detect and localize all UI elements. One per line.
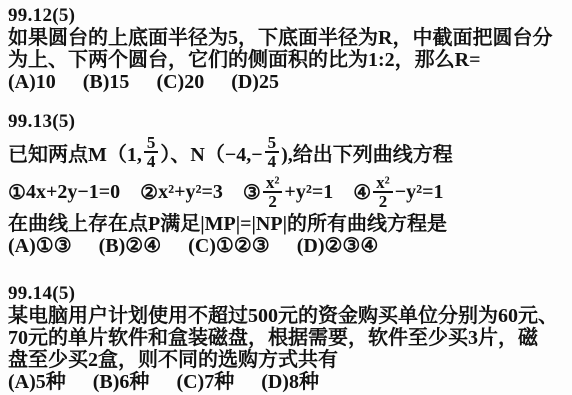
problem-text-line: 某电脑用户计划使用不超过500元的资金购买单位分别为60元、: [8, 305, 570, 327]
condition-line: 在曲线上存在点P满足|MP|=|NP|的所有曲线方程是: [8, 213, 570, 235]
circled-number: ③: [243, 180, 261, 205]
fraction: x² 2: [373, 174, 393, 211]
fraction: x² 2: [263, 174, 283, 211]
problem-number: 99.12(5): [8, 5, 570, 27]
option-d: (D)②③④: [297, 235, 379, 257]
option-b: (B)6种: [93, 371, 150, 393]
problem-99-14: 99.14(5) 某电脑用户计划使用不超过500元的资金购买单位分别为60元、 …: [8, 283, 570, 393]
text-segment: ）、N（−4,−: [160, 138, 262, 167]
fraction-numerator: x²: [373, 174, 393, 191]
problem-99-13: 99.13(5) 已知两点M（1, 5 4 ）、N（−4,− 5 4 ),给出下…: [8, 111, 570, 257]
option-b: (B)15: [83, 71, 130, 93]
fraction-numerator: 5: [265, 134, 280, 151]
circled-number: ④: [353, 180, 371, 205]
spacer: [8, 93, 570, 111]
equation-body: 4x+2y−1=0: [26, 181, 120, 204]
problem-text-line: 盘至少买2盒，则不同的选购方式共有: [8, 349, 570, 371]
scanned-exam-page: 99.12(5) 如果圆台的上底面半径为5，下底面半径为R，中截面把圆台分 为上…: [0, 0, 572, 393]
fraction: 5 4: [144, 134, 159, 171]
answer-options: (A)10 (B)15 (C)20 (D)25: [8, 71, 570, 93]
equation-body: −y²=1: [395, 181, 444, 204]
option-a: (A)5种: [8, 371, 66, 393]
spacer: [8, 257, 570, 283]
text-segment: ),给出下列曲线方程: [281, 138, 453, 167]
option-c: (C)7种: [176, 371, 234, 393]
option-a: (A)①③: [8, 235, 72, 257]
problem-99-12: 99.12(5) 如果圆台的上底面半径为5，下底面半径为R，中截面把圆台分 为上…: [8, 5, 570, 93]
option-d: (D)25: [231, 71, 279, 93]
option-d: (D)8种: [261, 371, 319, 393]
problem-text-line: 如果圆台的上底面半径为5，下底面半径为R，中截面把圆台分: [8, 27, 570, 49]
text-segment: 已知两点M（1,: [8, 138, 142, 167]
answer-options: (A)①③ (B)②④ (C)①②③ (D)②③④: [8, 235, 570, 257]
answer-options: (A)5种 (B)6种 (C)7种 (D)8种: [8, 371, 570, 393]
equation-2: ② x²+y²=3: [140, 180, 223, 205]
fraction-numerator: x²: [263, 174, 283, 191]
option-b: (B)②④: [99, 235, 162, 257]
fraction-numerator: 5: [144, 134, 159, 151]
fraction: 5 4: [265, 134, 280, 171]
circled-number: ②: [140, 180, 158, 205]
equation-body: x²+y²=3: [158, 181, 223, 204]
option-c: (C)①②③: [188, 235, 270, 257]
option-c: (C)20: [156, 71, 204, 93]
equation-body: +y²=1: [284, 181, 333, 204]
problem-number: 99.13(5): [8, 111, 570, 133]
equation-3: ③ x² 2 +y²=1: [243, 174, 333, 211]
equation-4: ④ x² 2 −y²=1: [353, 174, 443, 211]
problem-text-line: 为上、下两个圆台，它们的侧面积的比为1:2，那么R=: [8, 49, 570, 71]
option-a: (A)10: [8, 71, 56, 93]
fraction-denominator: 2: [373, 191, 393, 210]
fraction-denominator: 4: [265, 151, 280, 170]
given-points-line: 已知两点M（1, 5 4 ）、N（−4,− 5 4 ),给出下列曲线方程: [8, 133, 570, 171]
circled-number: ①: [8, 180, 26, 205]
curve-equation-list: ① 4x+2y−1=0 ② x²+y²=3 ③ x² 2 +y²=1 ④ x² …: [8, 171, 570, 213]
problem-text-line: 70元的单片软件和盒装磁盘，根据需要，软件至少买3片，磁: [8, 327, 570, 349]
fraction-denominator: 4: [144, 151, 159, 170]
problem-number: 99.14(5): [8, 283, 570, 305]
equation-1: ① 4x+2y−1=0: [8, 180, 120, 205]
fraction-denominator: 2: [263, 191, 283, 210]
